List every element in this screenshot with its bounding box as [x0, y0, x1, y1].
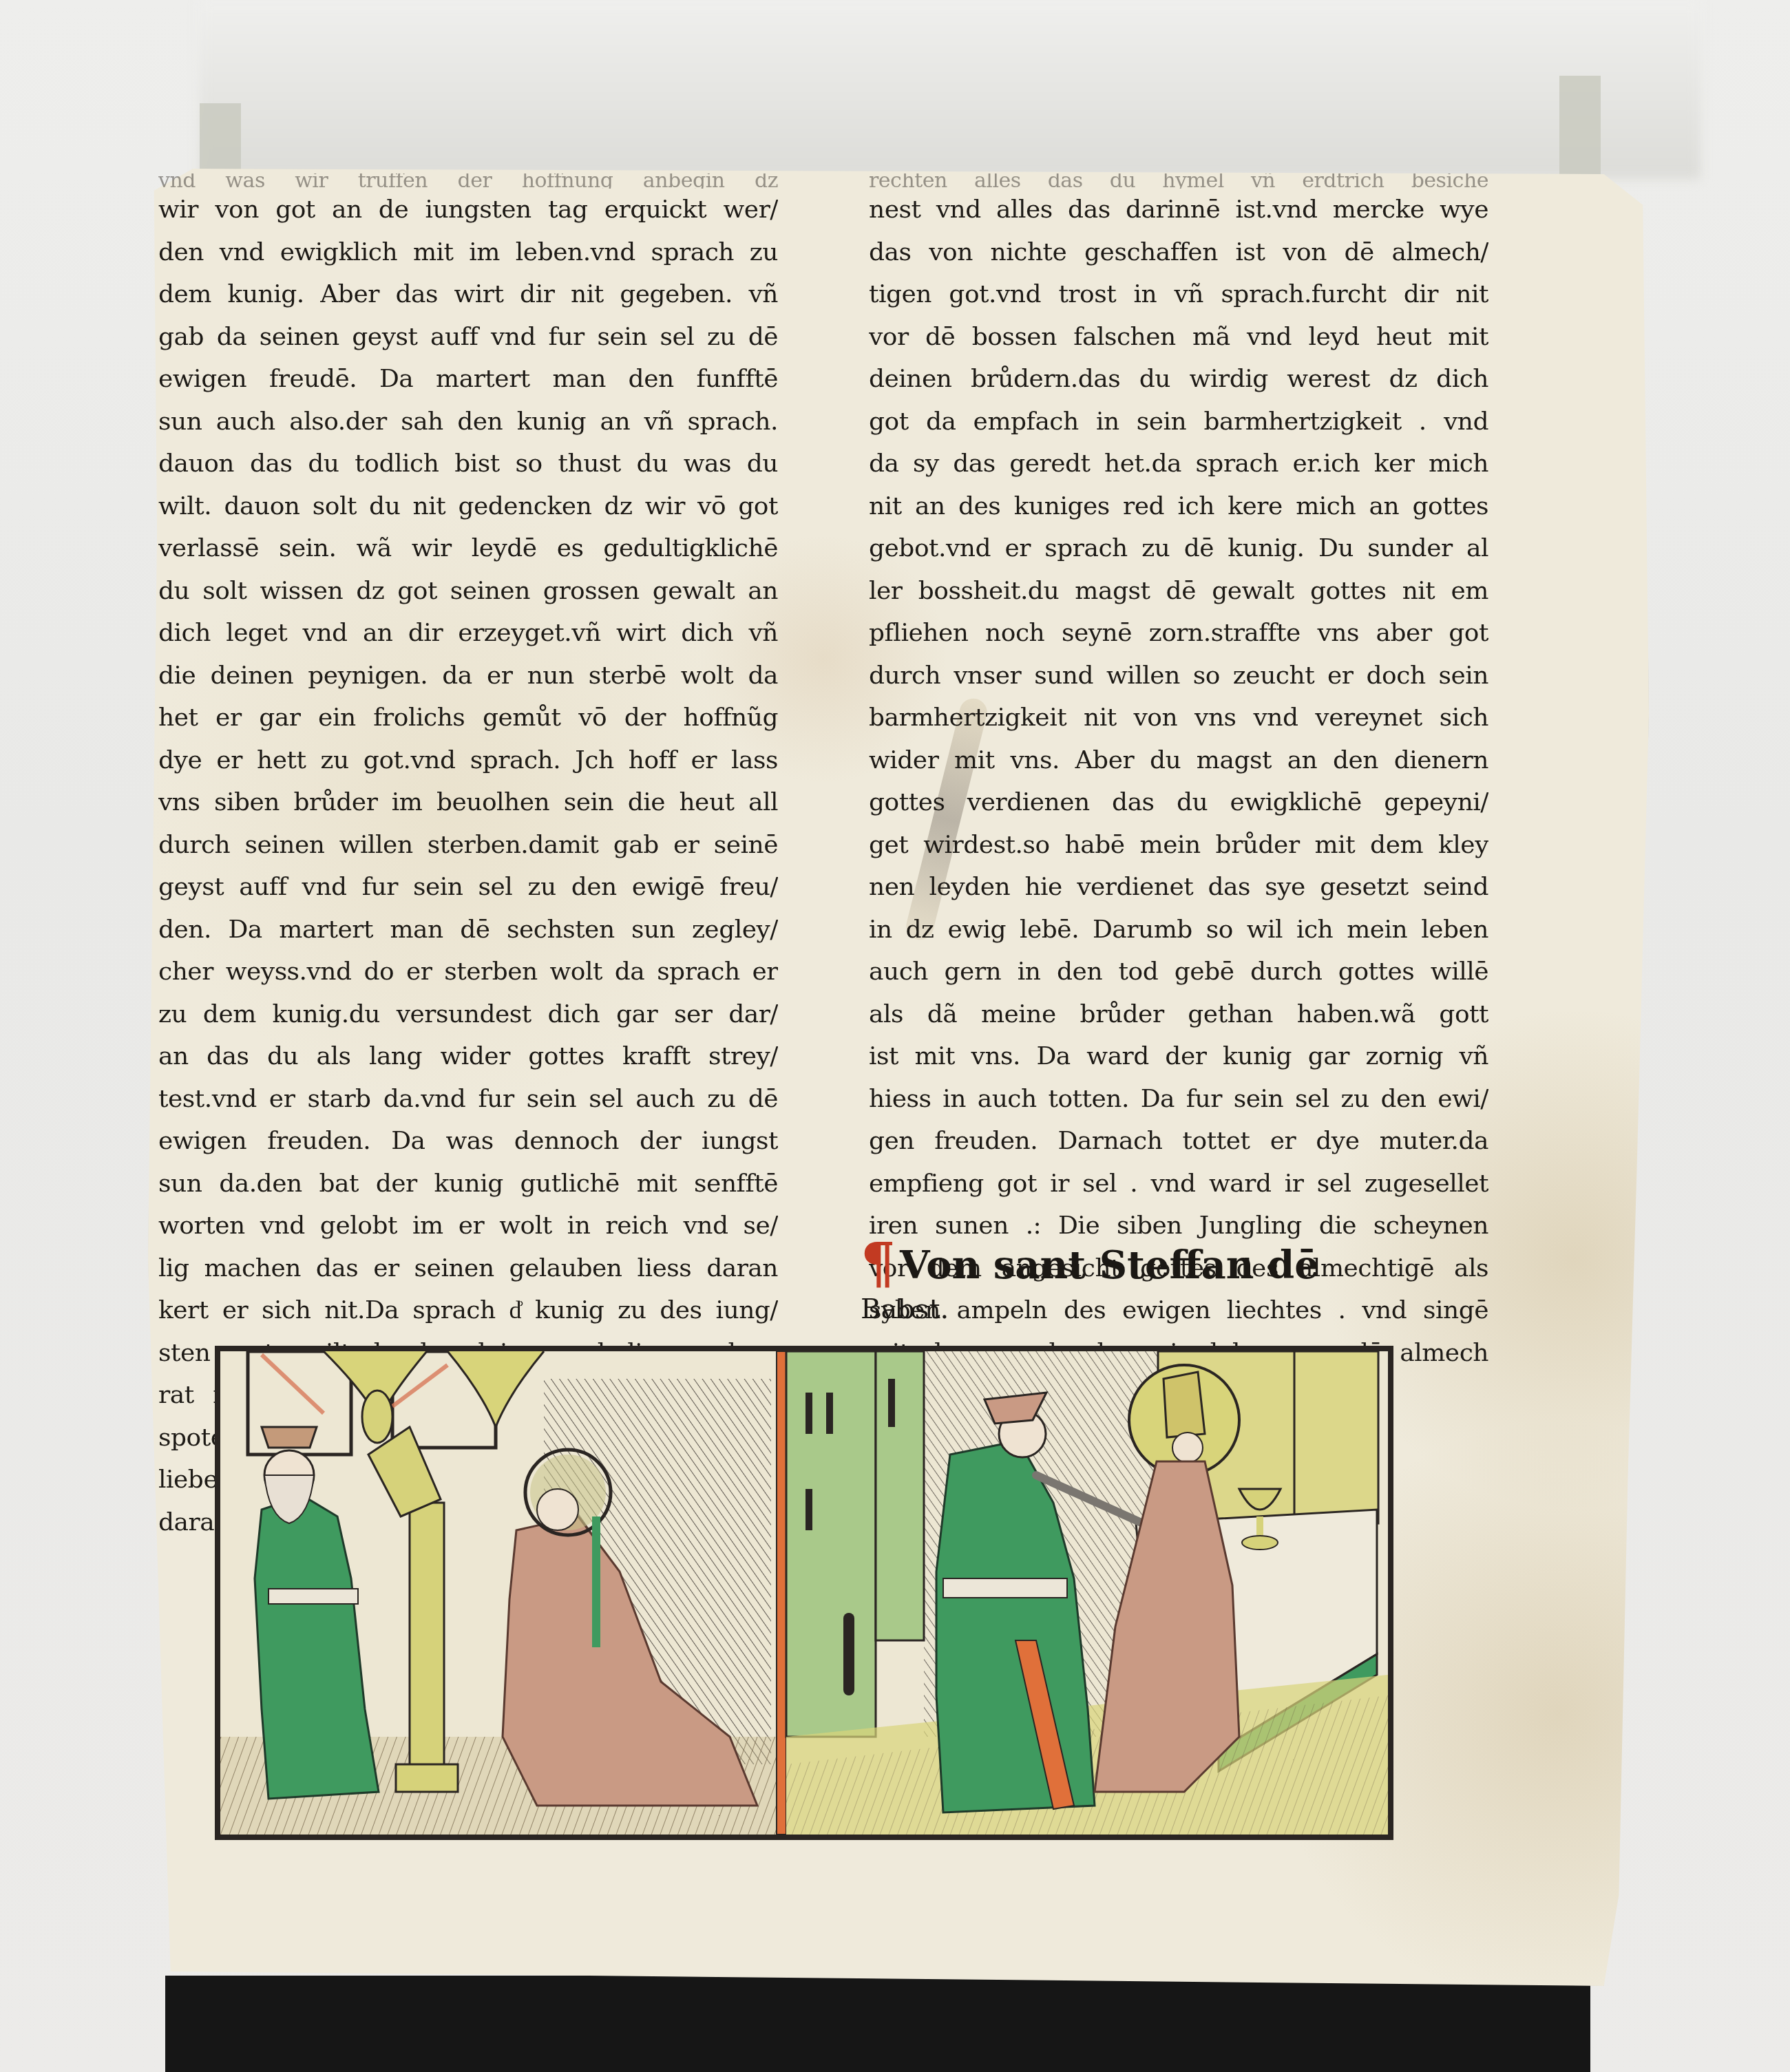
- text-line: got da empfach in sein barmhertzigkeit .…: [869, 401, 1488, 443]
- text-line: nen leyden hie verdienet das sye gesetzt…: [869, 866, 1488, 909]
- text-line: in dz ewig lebē. Darumb so wil ich mein…: [869, 909, 1488, 951]
- black-mount-board: [165, 1976, 1590, 2072]
- text-line: an das du als lang wider gottes krafft s…: [158, 1035, 778, 1078]
- text-line: den vnd ewigklich mit im leben.vnd sprac…: [158, 231, 778, 274]
- text-line: gottes verdienen das du ewigklichē gepe…: [869, 781, 1488, 824]
- woodcut-illustration: [215, 1346, 1393, 1840]
- text-line: die deinen peynigen. da er nun sterbē w…: [158, 655, 778, 697]
- text-line: dem kunig. Aber das wirt dir nit gegeben…: [158, 273, 778, 316]
- heading-title: Von sant Steffan dē: [900, 1243, 1319, 1288]
- text-line: gebot.vnd er sprach zu dē kunig. Du sun…: [869, 527, 1488, 570]
- heading-subtitle: Babst.: [861, 1285, 1411, 1333]
- text-line: da sy das geredt het.da sprach er.ich ke…: [869, 443, 1488, 485]
- text-line: worten vnd gelobt im er wolt in reich vn…: [158, 1205, 778, 1247]
- text-line: wilt. dauon solt du nit gedencken dz wir…: [158, 485, 778, 528]
- text-line: het er gar ein frolichs gemůt vō der h…: [158, 697, 778, 739]
- text-line: zu dem kunig.du versundest dich gar ser …: [158, 993, 778, 1036]
- text-line: du solt wissen dz got seinen grossen gew…: [158, 570, 778, 613]
- text-line: sun da.den bat der kunig gutlichē mit s…: [158, 1163, 778, 1205]
- text-line: geyst auff vnd fur sein sel zu den ewige…: [158, 866, 778, 909]
- text-line: test.vnd er starb da.vnd fur sein sel au…: [158, 1078, 778, 1121]
- mounting-clip-right: [1559, 76, 1601, 179]
- woodcut-scene-icon: [220, 1351, 1388, 1835]
- text-line: wider mit vns. Aber du magst an den dien…: [869, 739, 1488, 782]
- text-line: vns siben brůder im beuolhen sein die h…: [158, 781, 778, 824]
- text-line: pfliehen noch seynē zorn.straffte vns a…: [869, 612, 1488, 655]
- text-line: als dã meine brůder gethan haben.wã g…: [869, 993, 1488, 1036]
- text-line: hiess in auch totten. Da fur sein sel zu…: [869, 1078, 1488, 1121]
- text-line: barmhertzigkeit nit von vns vnd vereynet…: [869, 697, 1488, 739]
- text-line: ist mit vns. Da ward der kunig gar zorni…: [869, 1035, 1488, 1078]
- text-line: deinen brůdern.das du wirdig werest dz …: [869, 358, 1488, 401]
- text-line: nest vnd alles das darinnē ist.vnd merc…: [869, 189, 1488, 231]
- text-line: dye er hett zu got.vnd sprach. Jch hoff …: [158, 739, 778, 782]
- text-line: durch vnser sund willen so zeucht er doc…: [869, 655, 1488, 697]
- text-line: verlassē sein. wã wir leydē es gedult…: [158, 527, 778, 570]
- text-line: get wirdest.so habē mein brůder mit de…: [869, 824, 1488, 867]
- chapter-heading: ¶Von sant Steffan dē Babst.: [861, 1239, 1411, 1333]
- text-line: wir von got an de iungsten tag erquickt …: [158, 189, 778, 231]
- text-column-right: rechten alles das du hymel vñ erdtrich …: [869, 173, 1488, 1417]
- text-line: ler bossheit.du magst dē gewalt gottes …: [869, 570, 1488, 613]
- text-line: sun auch also.der sah den kunig an vñ s…: [158, 401, 778, 443]
- text-line: dich leget vnd an dir erzeyget.vñ wirt …: [158, 612, 778, 655]
- text-line: rechten alles das du hymel vñ erdtrich …: [869, 173, 1488, 189]
- text-line: vor dē bossen falschen mã vnd leyd heu…: [869, 316, 1488, 359]
- text-line: ewigen freudē. Da martert man den funff…: [158, 358, 778, 401]
- text-line: vnd was wir truffen der hoffnung anbegin…: [158, 173, 778, 189]
- text-line: cher weyss.vnd do er sterben wolt da spr…: [158, 951, 778, 993]
- text-line: dauon das du todlich bist so thust du wa…: [158, 443, 778, 485]
- text-column-left: vnd was wir truffen der hoffnung anbegin…: [158, 173, 778, 1543]
- text-line: durch seinen willen sterben.damit gab er…: [158, 824, 778, 867]
- text-line: gab da seinen geyst auff vnd fur sein se…: [158, 316, 778, 359]
- text-line: ewigen freuden. Da was dennoch der iungs…: [158, 1120, 778, 1163]
- text-line: empfieng got ir sel . vnd ward ir sel zu…: [869, 1163, 1488, 1205]
- text-line: auch gern in den tod gebē durch gottes …: [869, 951, 1488, 993]
- text-line: den. Da martert man dē sechsten sun zeg…: [158, 909, 778, 951]
- text-line: tigen got.vnd trost in vñ sprach.furcht…: [869, 273, 1488, 316]
- text-line: gen freuden. Darnach tottet er dye muter…: [869, 1120, 1488, 1163]
- text-line: das von nichte geschaffen ist von dē al…: [869, 231, 1488, 274]
- wall-background: [200, 0, 1700, 179]
- text-line: nit an des kuniges red ich kere mich an …: [869, 485, 1488, 528]
- text-line: lig machen das er seinen gelauben liess …: [158, 1247, 778, 1290]
- text-line: kert er sich nit.Da sprach d͗ kunig zu d…: [158, 1289, 778, 1332]
